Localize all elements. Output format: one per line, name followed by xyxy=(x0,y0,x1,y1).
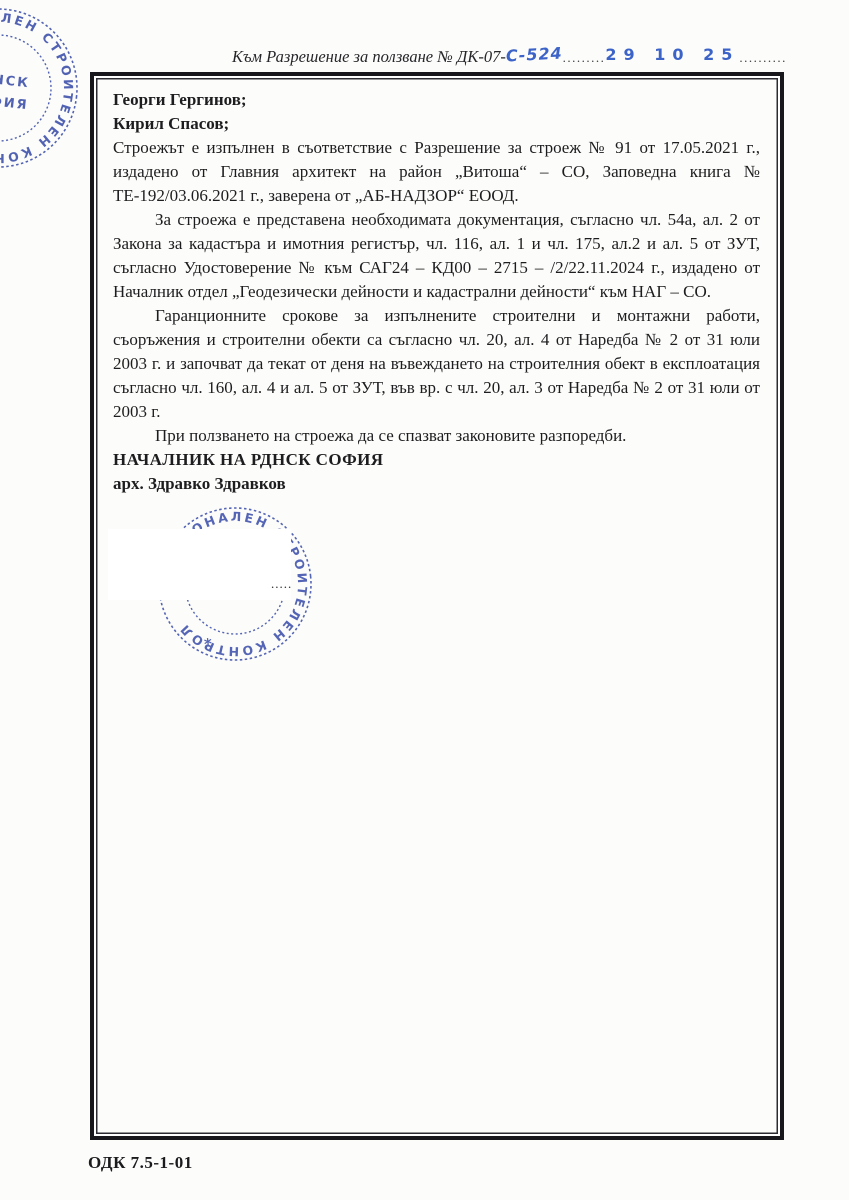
corner-stamp-ring-text: НАЦИОНАЛЕН СТРОИТЕЛЕН КОНТРОЛ xyxy=(0,2,84,174)
corner-stamp-inner-line1: РДНСК xyxy=(0,70,30,91)
header-printed-label: Към Разрешение за ползване № ДК-07- xyxy=(232,47,506,66)
corner-stamp-inner-line2: СОФИЯ xyxy=(0,92,29,114)
handwritten-permit-number: С-524 xyxy=(505,44,563,66)
handwritten-date: 29 10 25 xyxy=(605,45,739,64)
paragraph-documentation: За строежа е представена необходимата до… xyxy=(113,208,760,304)
form-code: ОДК 7.5-1-01 xyxy=(88,1153,193,1173)
dotted-leader: .......... xyxy=(739,50,787,65)
addressee-line: Кирил Спасов; xyxy=(113,112,760,136)
document-frame: Георги Гергинов; Кирил Спасов; Строежът … xyxy=(90,72,784,1140)
header-reference-line: Към Разрешение за ползване № ДК-07-С-524… xyxy=(232,47,787,67)
paragraph-construction-permit: Строежът е изпълнен в съответствие с Раз… xyxy=(113,136,760,208)
svg-text:НАЦИОНАЛЕН СТРОИТЕЛЕН КОНТРОЛ: НАЦИОНАЛЕН СТРОИТЕЛЕН КОНТРОЛ xyxy=(0,2,84,174)
stray-dots: ..... xyxy=(271,576,292,592)
signature-redaction-box xyxy=(108,529,291,600)
signatory-name: арх. Здравко Здравков xyxy=(113,472,286,496)
addressee-line: Георги Гергинов; xyxy=(113,88,760,112)
paragraph-legal-compliance: При ползването на строежа да се спазват … xyxy=(113,424,760,448)
dotted-leader: ......... xyxy=(563,50,606,65)
scanned-document-page: Към Разрешение за ползване № ДК-07-С-524… xyxy=(0,0,849,1200)
document-body: Георги Гергинов; Кирил Спасов; Строежът … xyxy=(113,88,760,496)
paragraph-warranty-terms: Гаранционните срокове за изпълнените стр… xyxy=(113,304,760,424)
signatory-title: НАЧАЛНИК НА РДНСК СОФИЯ xyxy=(113,448,383,472)
